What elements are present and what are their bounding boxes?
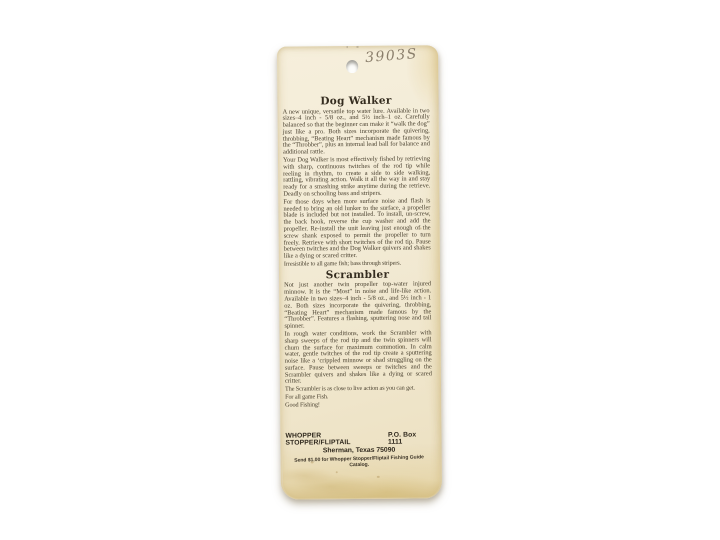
- lure-packaging-card: 3903S Dog Walker A new unique, versatile…: [277, 45, 442, 499]
- photo-background: 3903S Dog Walker A new unique, versatile…: [0, 0, 720, 540]
- faint-pencil-mark: [341, 46, 371, 48]
- company-name: WHOPPER STOPPER/FLIPTAIL: [285, 432, 388, 447]
- punch-hole: [346, 60, 358, 73]
- handwritten-stock-number: 3903S: [365, 45, 428, 66]
- scrambler-closing-line: Good Fishing!: [285, 401, 432, 409]
- scrambler-paragraph: Not just another twin propeller top-wate…: [284, 282, 431, 331]
- stain-speck: [336, 471, 338, 473]
- scrambler-closing-line: For all game Fish.: [285, 393, 432, 401]
- stain-speck: [377, 476, 380, 478]
- dog-walker-paragraph: For those days when more surface noise a…: [283, 198, 431, 260]
- po-box: P.O. Box 1111: [388, 431, 433, 445]
- dog-walker-tagline: Irresistible to all game fish; bass thro…: [284, 260, 431, 268]
- scrambler-title: Scrambler: [284, 268, 431, 281]
- dog-walker-paragraph: A new unique, versatile top water lure. …: [283, 108, 430, 157]
- company-line: WHOPPER STOPPER/FLIPTAIL P.O. Box 1111: [285, 431, 432, 446]
- dog-walker-paragraph: Your Dog Walker is most effectively fish…: [283, 156, 430, 198]
- city-line: Sherman, Texas 75090: [286, 446, 433, 454]
- catalog-note: Send $1.00 for Whopper Stopper/Fliptail …: [286, 454, 433, 470]
- manufacturer-address-block: WHOPPER STOPPER/FLIPTAIL P.O. Box 1111 S…: [285, 431, 432, 468]
- scrambler-paragraph: In rough water conditions, work the Scra…: [285, 330, 432, 386]
- scrambler-closing-line: The Scrambler is as close to live action…: [285, 386, 432, 394]
- card-text-content: Dog Walker A new unique, versatile top w…: [282, 94, 432, 410]
- dog-walker-title: Dog Walker: [282, 94, 429, 107]
